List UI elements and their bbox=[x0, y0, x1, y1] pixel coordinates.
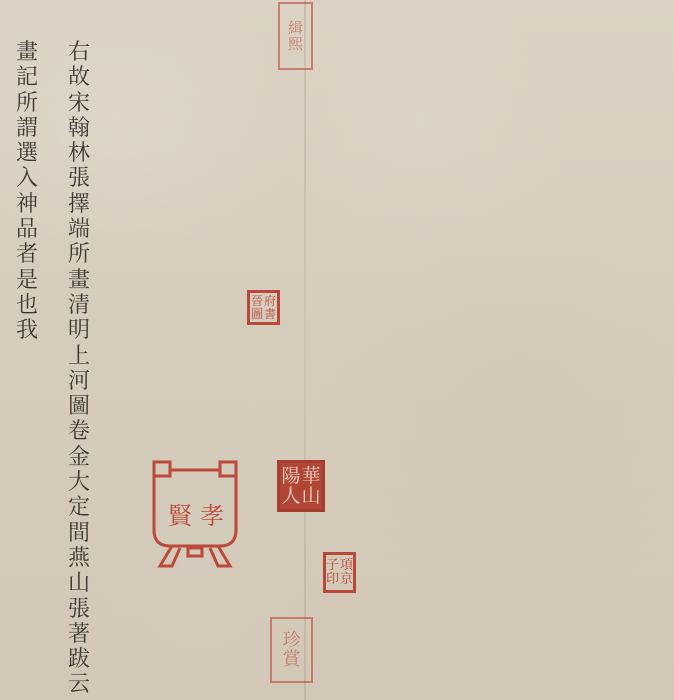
char: 圖 bbox=[64, 394, 94, 419]
char: 品 bbox=[12, 217, 42, 242]
seal-char: 熙 bbox=[288, 37, 303, 52]
seal-char: 人 bbox=[281, 487, 300, 506]
char: 張 bbox=[64, 166, 94, 191]
char: 張 bbox=[64, 597, 94, 622]
char: 記 bbox=[12, 65, 42, 90]
char: 故 bbox=[64, 65, 94, 90]
char: 卷 bbox=[64, 419, 94, 444]
char: 間 bbox=[64, 521, 94, 546]
ding-seal-text: 賢 孝 bbox=[168, 488, 224, 538]
char: 所 bbox=[12, 91, 42, 116]
aged-paper-background bbox=[0, 0, 674, 700]
seal-char: 項 bbox=[340, 559, 353, 572]
seal-small: 晉 府 圖 書 bbox=[247, 290, 280, 325]
char: 上 bbox=[64, 344, 94, 369]
char: 宋 bbox=[64, 91, 94, 116]
char: 金 bbox=[64, 445, 94, 470]
seal-char: 孝 bbox=[200, 496, 224, 531]
paper-seam-line bbox=[304, 0, 306, 700]
colophon-column-2: 畫 記 所 謂 選 入 神 品 者 是 也 我 bbox=[12, 40, 42, 344]
char: 者 bbox=[12, 242, 42, 267]
char: 云 bbox=[64, 672, 94, 697]
char: 選 bbox=[12, 141, 42, 166]
seal-char: 山 bbox=[302, 487, 321, 506]
char: 山 bbox=[64, 571, 94, 596]
seal-char: 晉 bbox=[251, 295, 263, 307]
char: 著 bbox=[64, 622, 94, 647]
colophon-column-1: 右 故 宋 翰 林 張 擇 端 所 畫 清 明 上 河 圖 卷 金 大 定 間 … bbox=[64, 40, 94, 698]
char: 燕 bbox=[64, 546, 94, 571]
seal-char: 子 bbox=[326, 559, 339, 572]
seal-char: 陽 bbox=[281, 467, 300, 486]
char: 是 bbox=[12, 268, 42, 293]
char: 也 bbox=[12, 293, 42, 318]
seal-char: 書 bbox=[264, 308, 276, 320]
seal-char: 印 bbox=[326, 573, 339, 586]
char: 所 bbox=[64, 242, 94, 267]
seal-char: 緝 bbox=[288, 21, 303, 36]
seal-char: 圖 bbox=[251, 308, 263, 320]
char: 神 bbox=[12, 192, 42, 217]
char: 擇 bbox=[64, 192, 94, 217]
seal-ding-vessel: 賢 孝 bbox=[150, 458, 240, 572]
seal-char: 京 bbox=[340, 573, 353, 586]
char: 林 bbox=[64, 141, 94, 166]
char: 大 bbox=[64, 470, 94, 495]
seal-char: 珍 bbox=[283, 632, 301, 650]
seal-char: 府 bbox=[264, 295, 276, 307]
char: 清 bbox=[64, 293, 94, 318]
seal-top: 緝 熙 bbox=[278, 2, 313, 70]
char: 河 bbox=[64, 369, 94, 394]
char: 右 bbox=[64, 40, 94, 65]
seal-bottom: 珍 賞 bbox=[270, 617, 313, 683]
seal-char: 華 bbox=[302, 467, 321, 486]
char: 畫 bbox=[64, 268, 94, 293]
seal-small-square: 子 項 印 京 bbox=[323, 552, 356, 593]
char: 跋 bbox=[64, 647, 94, 672]
char: 畫 bbox=[12, 40, 42, 65]
seal-char: 賞 bbox=[283, 651, 301, 669]
char: 定 bbox=[64, 495, 94, 520]
char: 端 bbox=[64, 217, 94, 242]
char: 我 bbox=[12, 318, 42, 343]
seal-char: 賢 bbox=[168, 496, 192, 531]
seal-square-solid: 陽 華 人 山 bbox=[277, 460, 325, 512]
char: 謂 bbox=[12, 116, 42, 141]
char: 明 bbox=[64, 318, 94, 343]
char: 入 bbox=[12, 166, 42, 191]
char: 翰 bbox=[64, 116, 94, 141]
